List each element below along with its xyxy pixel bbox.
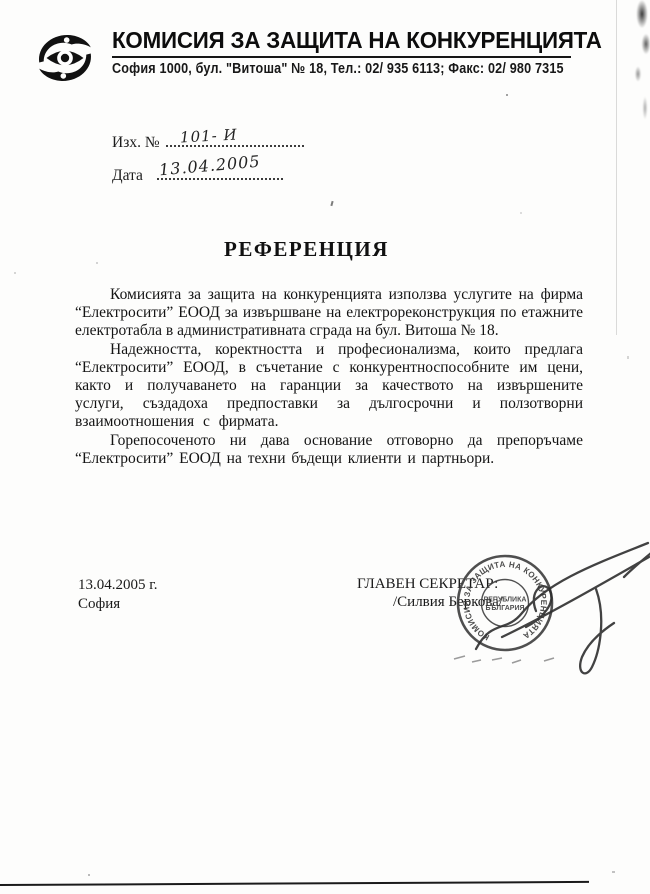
stamp-center-line2: БЪЛГАРИЯ [485, 605, 524, 612]
scan-speck [506, 94, 508, 96]
scan-corner-smudge [614, 0, 650, 140]
paragraph-1: Комисията за защита на конкуренцията изп… [75, 286, 583, 341]
outgoing-number-handwritten: 101- И [179, 126, 237, 147]
paragraph-2: Надежността, коректността и професионали… [75, 341, 583, 432]
scan-speck [627, 356, 629, 359]
scan-page-edge-line [0, 881, 589, 886]
date-label: Дата [112, 167, 143, 184]
paragraph-3: Горепосоченото ни дава основание отговор… [75, 432, 583, 468]
scanned-reference-letter: КОМИСИЯ ЗА ЗАЩИТА НА КОНКУРЕНЦИЯТА София… [0, 0, 650, 894]
footer-city: София [78, 595, 157, 614]
scan-speck [612, 871, 615, 873]
date-row: Дата13.04.2005 [112, 164, 283, 185]
stamp-smudge-marks [454, 656, 554, 663]
scan-speck [330, 201, 333, 206]
commission-eye-logo-icon [36, 30, 94, 86]
stamp-center-line1: РЕПУБЛИКА [484, 597, 527, 604]
outgoing-number-row: Изх. №101- И [112, 131, 304, 152]
document-title: РЕФЕРЕНЦИЯ [224, 237, 389, 262]
outgoing-number-line: 101- И [166, 131, 304, 147]
scan-speck [96, 262, 98, 264]
footer-date: 13.04.2005 г. [78, 576, 157, 595]
round-stamp-and-signature: КОМИСИЯ ЗА ЗАЩИТА НА КОНКУРЕНЦИЯТА РЕПУБ… [448, 533, 650, 695]
scan-speck [14, 272, 16, 274]
outgoing-number-label: Изх. № [112, 134, 160, 151]
footer-date-place: 13.04.2005 г. София [78, 576, 157, 614]
date-line: 13.04.2005 [157, 164, 283, 180]
organization-address: София 1000, бул. "Витоша" № 18, Тел.: 02… [112, 61, 564, 77]
organization-name: КОМИСИЯ ЗА ЗАЩИТА НА КОНКУРЕНЦИЯТА [112, 27, 602, 54]
date-handwritten: 13.04.2005 [158, 152, 261, 180]
scan-speck [88, 874, 90, 876]
letter-body: Комисията за защита на конкуренцията изп… [75, 286, 583, 468]
header-divider [112, 56, 571, 58]
scan-edge-line [616, 0, 617, 335]
scan-speck [520, 212, 522, 214]
